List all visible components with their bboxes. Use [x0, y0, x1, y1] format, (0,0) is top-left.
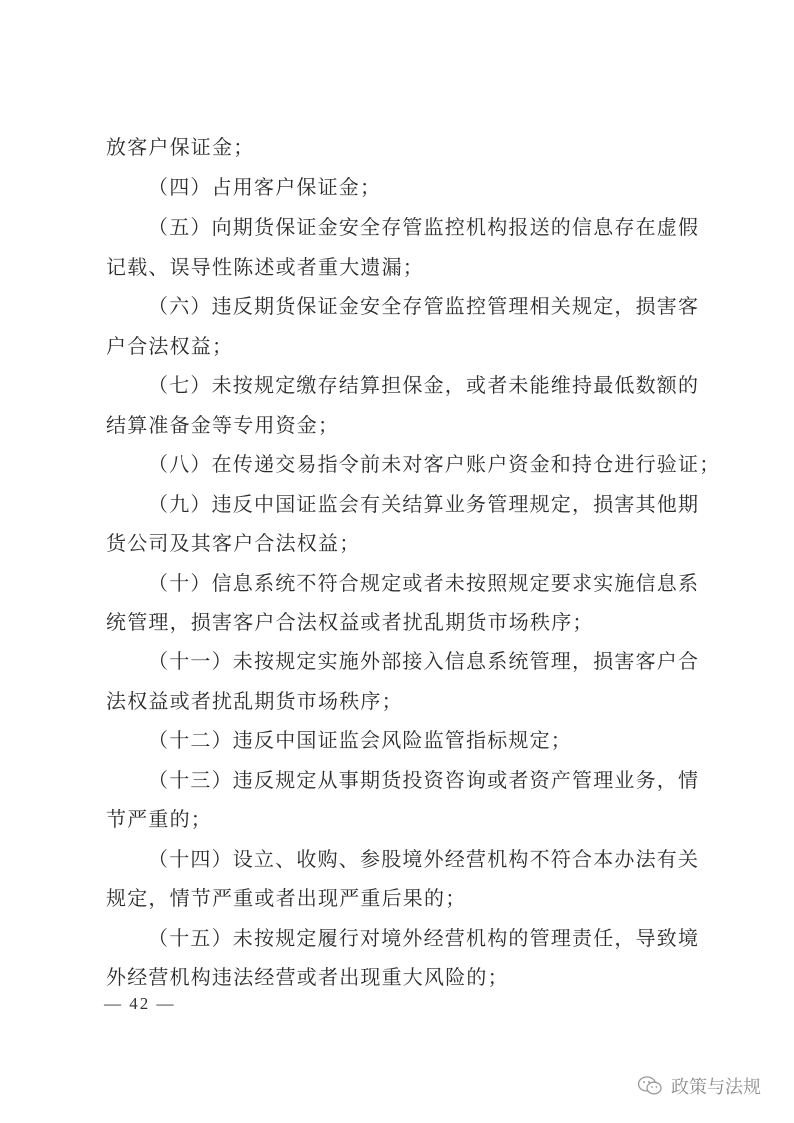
text-line: （五）向期货保证金安全存管监控机构报送的信息存在虚假 — [148, 215, 699, 239]
text-line: 法权益或者扰乱期货市场秩序； — [106, 689, 403, 713]
text-line: 节严重的； — [106, 807, 212, 831]
page-number: — 42 — — [104, 994, 176, 1014]
text-line: （十四）设立、收购、参股境外经营机构不符合本办法有关 — [148, 847, 699, 871]
text-line: （十三）违反规定从事期货投资咨询或者资产管理业务，情 — [148, 768, 699, 792]
text-line: （六）违反期货保证金安全存管监控管理相关规定，损害客 — [148, 294, 699, 318]
text-line: （七）未按规定缴存结算担保金，或者未能维持最低数额的 — [148, 373, 699, 397]
text-line: （十二）违反中国证监会风险监管指标规定； — [148, 728, 572, 752]
text-line: （十）信息系统不符合规定或者未按照规定要求实施信息系 — [148, 571, 699, 595]
text-line: 统管理，损害客户合法权益或者扰乱期货市场秩序； — [106, 610, 594, 634]
watermark: 政策与法规 — [637, 1073, 761, 1099]
text-line: 户合法权益； — [106, 334, 233, 358]
text-line: 结算准备金等专用资金； — [106, 413, 339, 437]
text-line: 货公司及其客户合法权益； — [106, 531, 360, 555]
text-line: 放客户保证金； — [106, 135, 254, 159]
text-line: （十一）未按规定实施外部接入信息系统管理，损害客户合 — [148, 649, 699, 673]
watermark-label: 政策与法规 — [671, 1073, 761, 1099]
text-line: （十五）未按规定履行对境外经营机构的管理责任，导致境 — [148, 926, 699, 950]
wechat-icon — [637, 1075, 663, 1097]
text-line: 外经营机构违法经营或者出现重大风险的； — [106, 965, 509, 989]
text-line: （八）在传递交易指令前未对客户账户资金和持仓进行验证； — [148, 452, 720, 476]
text-line: （四）占用客户保证金； — [148, 175, 381, 199]
document-page: 放客户保证金；（四）占用客户保证金；（五）向期货保证金安全存管监控机构报送的信息… — [0, 0, 794, 1123]
text-line: 记载、误导性陈述或者重大遗漏； — [106, 255, 424, 279]
text-line: （九）违反中国证监会有关结算业务管理规定，损害其他期 — [148, 492, 699, 516]
text-line: 规定，情节严重或者出现严重后果的； — [106, 886, 466, 910]
